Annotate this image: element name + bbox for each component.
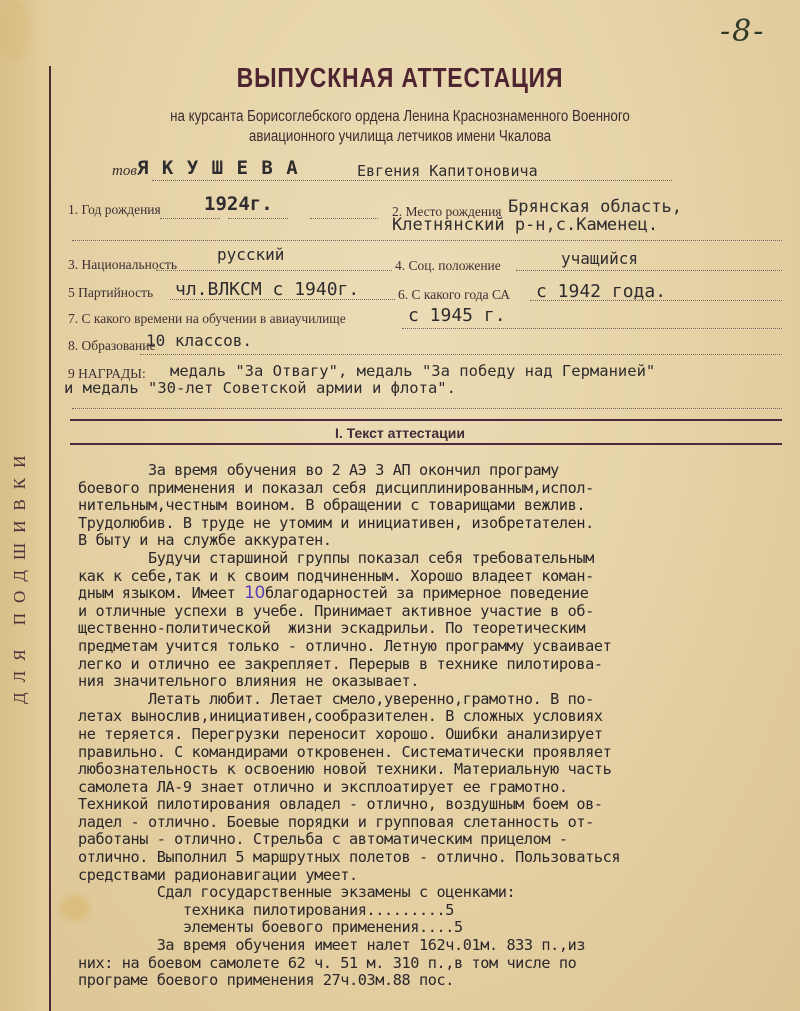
text-line: не теряется. Перегрузки переносит хорошо… [78, 726, 788, 744]
field-underline [160, 218, 220, 219]
text-line: них: на боевом самолете 62 ч. 51 м. 310 … [78, 955, 788, 973]
field-underline [402, 328, 782, 329]
text-line: Сдал государственные экзамены с оценками… [78, 884, 788, 902]
field-underline [72, 240, 782, 241]
field-label-army-since: 6. С какого года СА [398, 287, 510, 303]
field-value-social-status: учащийся [561, 249, 638, 268]
field-underline [140, 354, 782, 355]
text-line: техника пилотирования.........5 [78, 902, 788, 920]
field-value-awards-line2: и медаль "30-лет Советской армии и флота… [64, 379, 456, 397]
text-line: работаны - отлично. Стрельба с автоматич… [78, 831, 788, 849]
margin-label: ДЛЯ ПОДШИВКИ [10, 420, 70, 730]
field-label-education: 8. Образование [68, 338, 156, 354]
field-value-birthplace-line1: Брянская область, [508, 197, 682, 217]
text-line: летах вынослив,инициативен,сообразителен… [78, 708, 788, 726]
text-line: самолета ЛА-9 знает отлично и эксплоатир… [78, 779, 788, 797]
field-underline [530, 300, 782, 301]
field-label-social-status: 4. Соц. положение [395, 258, 501, 274]
text-line: Техникой пилотирования овладел - отлично… [78, 796, 788, 814]
field-value-birthplace-line2: Клетнянский р-н,с.Каменец. [392, 215, 658, 235]
attestation-text: За время обучения во 2 АЭ 3 АП окончил п… [78, 462, 788, 990]
text-line: програме боевого применения 27ч.03м.88 п… [78, 972, 788, 990]
field-value-party: чл.ВЛКСМ с 1940г. [175, 279, 359, 300]
text-fragment: дным языком. Имеет [78, 584, 244, 602]
text-line: средствами радионавигации умеет. [78, 867, 788, 885]
text-line: нительным,честным воином. В обращении с … [78, 497, 788, 515]
paper-stain [0, 0, 30, 60]
person-given-names: Евгения Капитоновича [357, 162, 538, 180]
section-rule-top [70, 419, 782, 421]
field-value-training-since: с 1945 г. [408, 305, 506, 326]
text-line: как к себе,так и к своим подчиненным. Хо… [78, 568, 788, 586]
page-number: -8- [720, 14, 765, 49]
text-line: Трудолюбив. В труде не утомим и инициати… [78, 515, 788, 533]
text-line: За время обучения во 2 АЭ 3 АП окончил п… [78, 462, 788, 480]
field-underline [228, 218, 288, 219]
field-value-army-since: с 1942 года. [536, 281, 666, 302]
text-fragment: благодарностей за примерное поведение [265, 584, 589, 602]
name-underline [152, 180, 672, 181]
person-surname: Я К У Ш Е В А [137, 157, 299, 179]
text-line: отлично. Выполнил 5 маршрутных полетов -… [78, 849, 788, 867]
handwritten-insert: 10 [244, 583, 265, 603]
text-line: боевого применения и показал себя дисцип… [78, 480, 788, 498]
field-value-nationality: русский [217, 245, 284, 264]
text-line: дным языком. Имеет 10благодарностей за п… [78, 585, 788, 603]
text-line: Будучи старшиной группы показал себя тре… [78, 550, 788, 568]
text-line: и отличные успехи в учебе. Принимает акт… [78, 603, 788, 621]
document-subtitle-line2: авиационного училища летчиков имени Чкал… [56, 128, 744, 146]
text-line: За время обучения имеет налет 162ч.01м. … [78, 937, 788, 955]
text-line: щественно-политической жизни эскадрильи.… [78, 620, 788, 638]
section-rule-bottom [70, 443, 782, 445]
field-label-birth-year: 1. Год рождения [68, 202, 161, 218]
field-value-birth-year: 1924г. [204, 193, 273, 215]
field-label-training-since: 7. С какого времени на обучении в авиауч… [68, 311, 346, 327]
field-underline [170, 299, 395, 300]
document-title: ВЫПУСКНАЯ АТТЕСТАЦИЯ [72, 62, 728, 94]
field-underline [72, 408, 782, 409]
field-value-education: 10 классов. [146, 331, 252, 350]
text-line: предметам учится только - отлично. Летну… [78, 638, 788, 656]
field-underline [156, 270, 392, 271]
text-line: любознательность к освоению новой техник… [78, 761, 788, 779]
text-line: легко и отлично ее закрепляет. Перерыв в… [78, 656, 788, 674]
field-value-awards-line1: медаль "За Отвагу", медаль "За победу на… [170, 362, 655, 380]
field-label-party: 5 Партийность [68, 285, 153, 301]
field-underline [310, 218, 378, 219]
text-line: ния значительного влияния не оказывает. [78, 673, 788, 691]
text-line: ладел - отлично. Боевые порядки и группо… [78, 814, 788, 832]
text-line: Летать любит. Летает смело,уверенно,грам… [78, 691, 788, 709]
text-line: правильно. С командирами откровенен. Сис… [78, 744, 788, 762]
document-subtitle-line1: на курсанта Борисоглебского ордена Ленин… [56, 108, 744, 126]
text-line: В быту и на службе аккуратен. [78, 532, 788, 550]
text-line: элементы боевого применения....5 [78, 919, 788, 937]
field-underline [516, 270, 782, 271]
section-title: I. Текст аттестации [0, 425, 800, 441]
